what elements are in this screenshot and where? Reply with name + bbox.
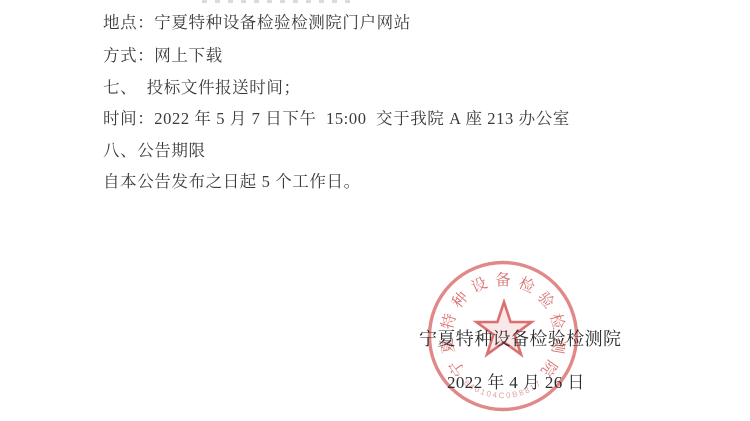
seal-char: 检 [516,274,538,297]
seal-char: 验 [534,288,558,311]
doc-line-announcement-period: 自本公告发布之日起 5 个工作日。 [103,172,361,192]
seal-char: 种 [448,288,472,312]
doc-line-submission-time: 时间：2022 年 5 月 7 日下午 15:00 交于我院 A 座 213 办… [103,109,570,129]
cropped-text-remnant [202,0,354,3]
doc-line-section8-heading: 八、公告期限 [103,141,206,161]
signature-organization: 宁夏特种设备检验检测院 [419,325,621,351]
signature-date: 2022 年 4 月 26 日 [447,368,585,393]
doc-line-location: 地点：宁夏特种设备检验检测院门户网站 [103,13,411,33]
seal-char: 备 [495,271,511,289]
doc-line-method: 方式：网上下载 [103,46,223,66]
seal-char: 设 [468,274,490,297]
doc-line-section7-heading: 七、 投标文件报送时间； [103,78,301,98]
document-page: 地点：宁夏特种设备检验检测院门户网站 方式：网上下载 七、 投标文件报送时间； … [0,0,750,421]
